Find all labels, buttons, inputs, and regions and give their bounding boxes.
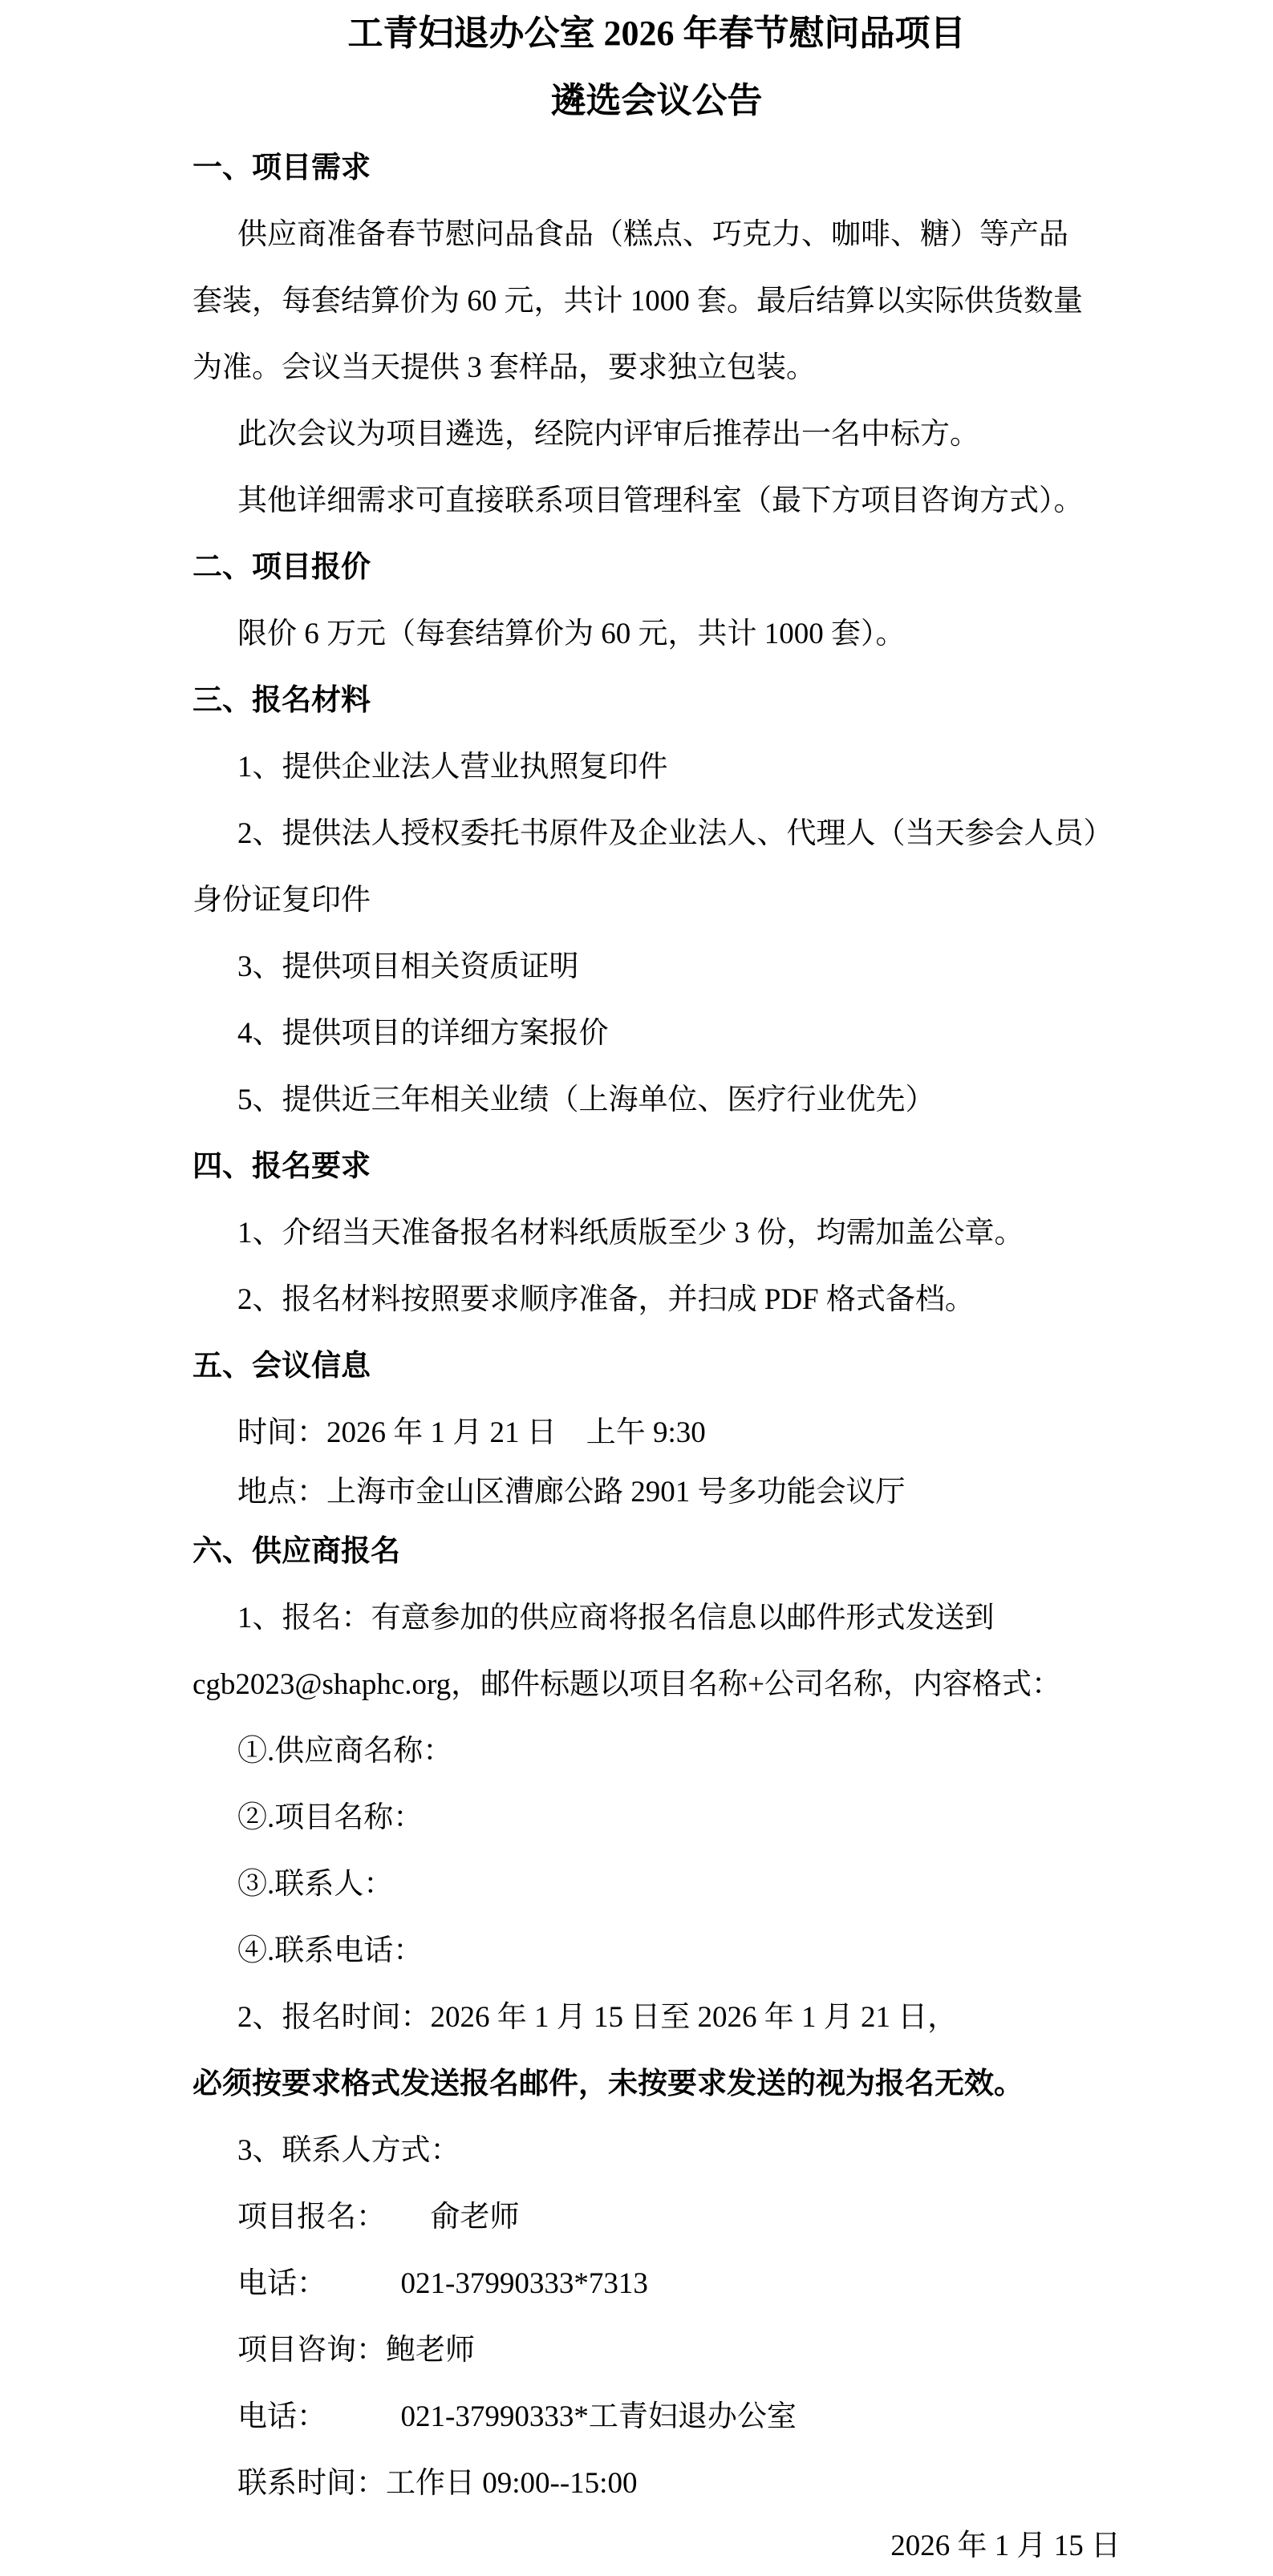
form-field-project-name: ②.项目名称： [193, 1784, 1121, 1851]
signup-contact-name-line: 项目报名： 俞老师 [193, 2184, 1121, 2250]
material-item-1: 1、提供企业法人营业执照复印件 [193, 734, 1121, 800]
signup-requirement-1: 1、介绍当天准备报名材料纸质版至少 3 份，均需加盖公章。 [193, 1200, 1121, 1266]
meeting-location-line: 地点：上海市金山区漕廊公路 2901 号多功能会议厅 [193, 1466, 1121, 1518]
signup-period-line: 2、报名时间：2026 年 1 月 15 日至 2026 年 1 月 21 日， [193, 1984, 1121, 2051]
section-5-heading: 五、会议信息 [193, 1333, 1121, 1399]
selection-note-line: 此次会议为项目遴选，经院内评审后推荐出一名中标方。 [193, 401, 1121, 468]
contact-method-heading-line: 3、联系人方式： [193, 2117, 1121, 2184]
page-subtitle: 遴选会议公告 [193, 67, 1121, 135]
consult-contact-name-line: 项目咨询：鲍老师 [193, 2317, 1121, 2384]
material-item-2-line-1: 2、提供法人授权委托书原件及企业法人、代理人（当天参会人员） [193, 800, 1121, 867]
document-page: 工青妇退办公室 2026 年春节慰问品项目 遴选会议公告 一、项目需求 供应商准… [0, 0, 1273, 2576]
section-6-heading: 六、供应商报名 [193, 1518, 1121, 1585]
requirements-line-1: 供应商准备春节慰问品食品（糕点、巧克力、咖啡、糖）等产品 [193, 201, 1121, 268]
form-field-contact-phone: ④.联系电话： [193, 1918, 1121, 1984]
form-field-supplier-name: ①.供应商名称： [193, 1718, 1121, 1784]
signup-warning-line: 必须按要求格式发送报名邮件，未按要求发送的视为报名无效。 [193, 2051, 1121, 2117]
contact-hours-line: 联系时间：工作日 09:00--15:00 [193, 2450, 1121, 2517]
section-2-heading: 二、项目报价 [193, 534, 1121, 601]
meeting-time-line: 时间：2026 年 1 月 21 日 上午 9:30 [193, 1399, 1121, 1466]
consult-contact-phone-line: 电话： 021-37990333*工青妇退办公室 [193, 2384, 1121, 2450]
contact-note-line: 其他详细需求可直接联系项目管理科室（最下方项目咨询方式）。 [193, 468, 1121, 534]
material-item-3: 3、提供项目相关资质证明 [193, 934, 1121, 1000]
section-4-heading: 四、报名要求 [193, 1133, 1121, 1200]
requirements-line-2: 套装，每套结算价为 60 元，共计 1000 套。最后结算以实际供货数量 [193, 268, 1121, 334]
price-limit-line: 限价 6 万元（每套结算价为 60 元，共计 1000 套）。 [193, 601, 1121, 667]
issue-date: 2026 年 1 月 15 日 [193, 2517, 1121, 2576]
material-item-4: 4、提供项目的详细方案报价 [193, 1000, 1121, 1067]
section-3-heading: 三、报名材料 [193, 667, 1121, 734]
signup-email-line: cgb2023@shaphc.org，邮件标题以项目名称+公司名称，内容格式： [193, 1651, 1121, 1718]
signup-intro-line: 1、报名：有意参加的供应商将报名信息以邮件形式发送到 [193, 1585, 1121, 1651]
material-item-5: 5、提供近三年相关业绩（上海单位、医疗行业优先） [193, 1067, 1121, 1133]
signup-contact-phone-line: 电话： 021-37990333*7313 [193, 2250, 1121, 2317]
material-item-2-line-2: 身份证复印件 [193, 867, 1121, 934]
form-field-contact-person: ③.联系人： [193, 1851, 1121, 1918]
page-title: 工青妇退办公室 2026 年春节慰问品项目 [193, 0, 1121, 67]
section-1-heading: 一、项目需求 [193, 135, 1121, 201]
signup-requirement-2: 2、报名材料按照要求顺序准备，并扫成 PDF 格式备档。 [193, 1266, 1121, 1333]
requirements-line-3: 为准。会议当天提供 3 套样品，要求独立包装。 [193, 334, 1121, 401]
